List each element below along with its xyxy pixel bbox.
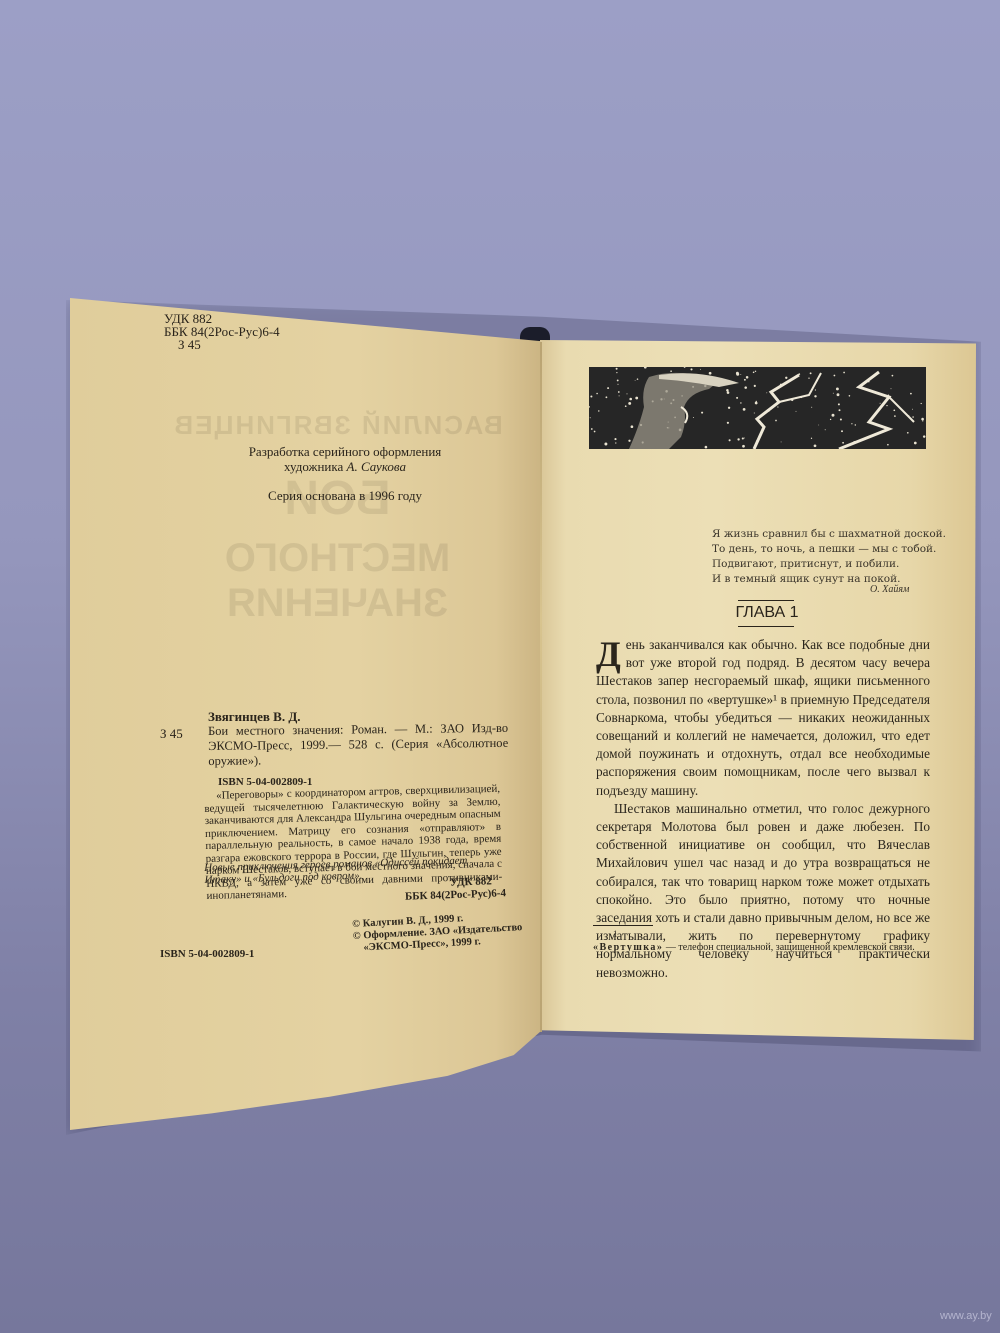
book-spine [540, 342, 542, 1032]
epigraph-author: О. Хайям [870, 584, 909, 595]
footnote-text: — телефон специальной, защищенной кремле… [663, 942, 914, 953]
drop-cap: Д [596, 639, 621, 669]
epigraph-line: То день, то ночь, а пешки — мы с тобой. [712, 542, 946, 557]
series-credit-line2: художника А. Саукова [230, 459, 460, 474]
engraving-face-lightning-icon [589, 367, 926, 449]
series-founded: Серия основана в 1996 году [230, 488, 460, 504]
chapter-rule-bottom [738, 626, 794, 627]
isbn-bottom: ISBN 5-04-002809-1 [160, 948, 254, 960]
book-cover-edge [520, 327, 550, 341]
watermark: www.ay.by [940, 1310, 992, 1322]
catalog-udk: УДК 882 [450, 875, 492, 888]
epigraph-line: Я жизнь сравнил бы с шахматной доской. [712, 527, 946, 542]
catalog-code: З 45 [160, 726, 183, 742]
epigraph-line: И в темный ящик сунут на покой. [712, 572, 946, 587]
paragraph-1: День заканчивался как обычно. Как все по… [596, 636, 930, 800]
author-code: З 45 [164, 338, 280, 351]
series-credit-prefix: художника [284, 459, 347, 474]
footnote-rule [593, 925, 653, 926]
footnote-term: «Вертушка» [593, 942, 663, 953]
epigraph: Я жизнь сравнил бы с шахматной доской. Т… [712, 527, 946, 587]
ghost-author: ВАСИЛИЙ ЗВЯГИНЦЕВ [160, 410, 515, 441]
chapter-title: ГЛАВА 1 [718, 604, 816, 622]
series-artist: А. Саукова [347, 459, 406, 474]
series-design-credit: Разработка серийного оформления художник… [230, 444, 460, 474]
print-through-cover: ВАСИЛИЙ ЗВЯГИНЦЕВ БОИ МЕСТНОГО ЗНАЧЕНИЯ [160, 370, 515, 670]
chapter-illustration [589, 367, 926, 449]
footnote: 1 «Вертушка» — телефон специальной, защи… [593, 928, 931, 954]
catalog-description: Бои местного значения: Роман. — М.: ЗАО … [208, 721, 508, 769]
footnote-mark: 1 [593, 928, 931, 941]
catalog-isbn: ISBN 5-04-002809-1 [218, 776, 312, 788]
epigraph-line: Подвигают, притиснут, и побили. [712, 557, 946, 572]
paragraph-1-text: ень заканчивался как обычно. Как все под… [596, 637, 930, 798]
chapter-rule-top [738, 600, 794, 601]
paragraph-2: Шестаков машинально отметил, что голос д… [596, 800, 930, 982]
series-credit-line1: Разработка серийного оформления [230, 444, 460, 459]
classification-block: УДК 882 ББК 84(2Рос-Рус)6-4 З 45 [164, 312, 280, 351]
ghost-title-2: МЕСТНОГО ЗНАЧЕНИЯ [160, 536, 515, 626]
